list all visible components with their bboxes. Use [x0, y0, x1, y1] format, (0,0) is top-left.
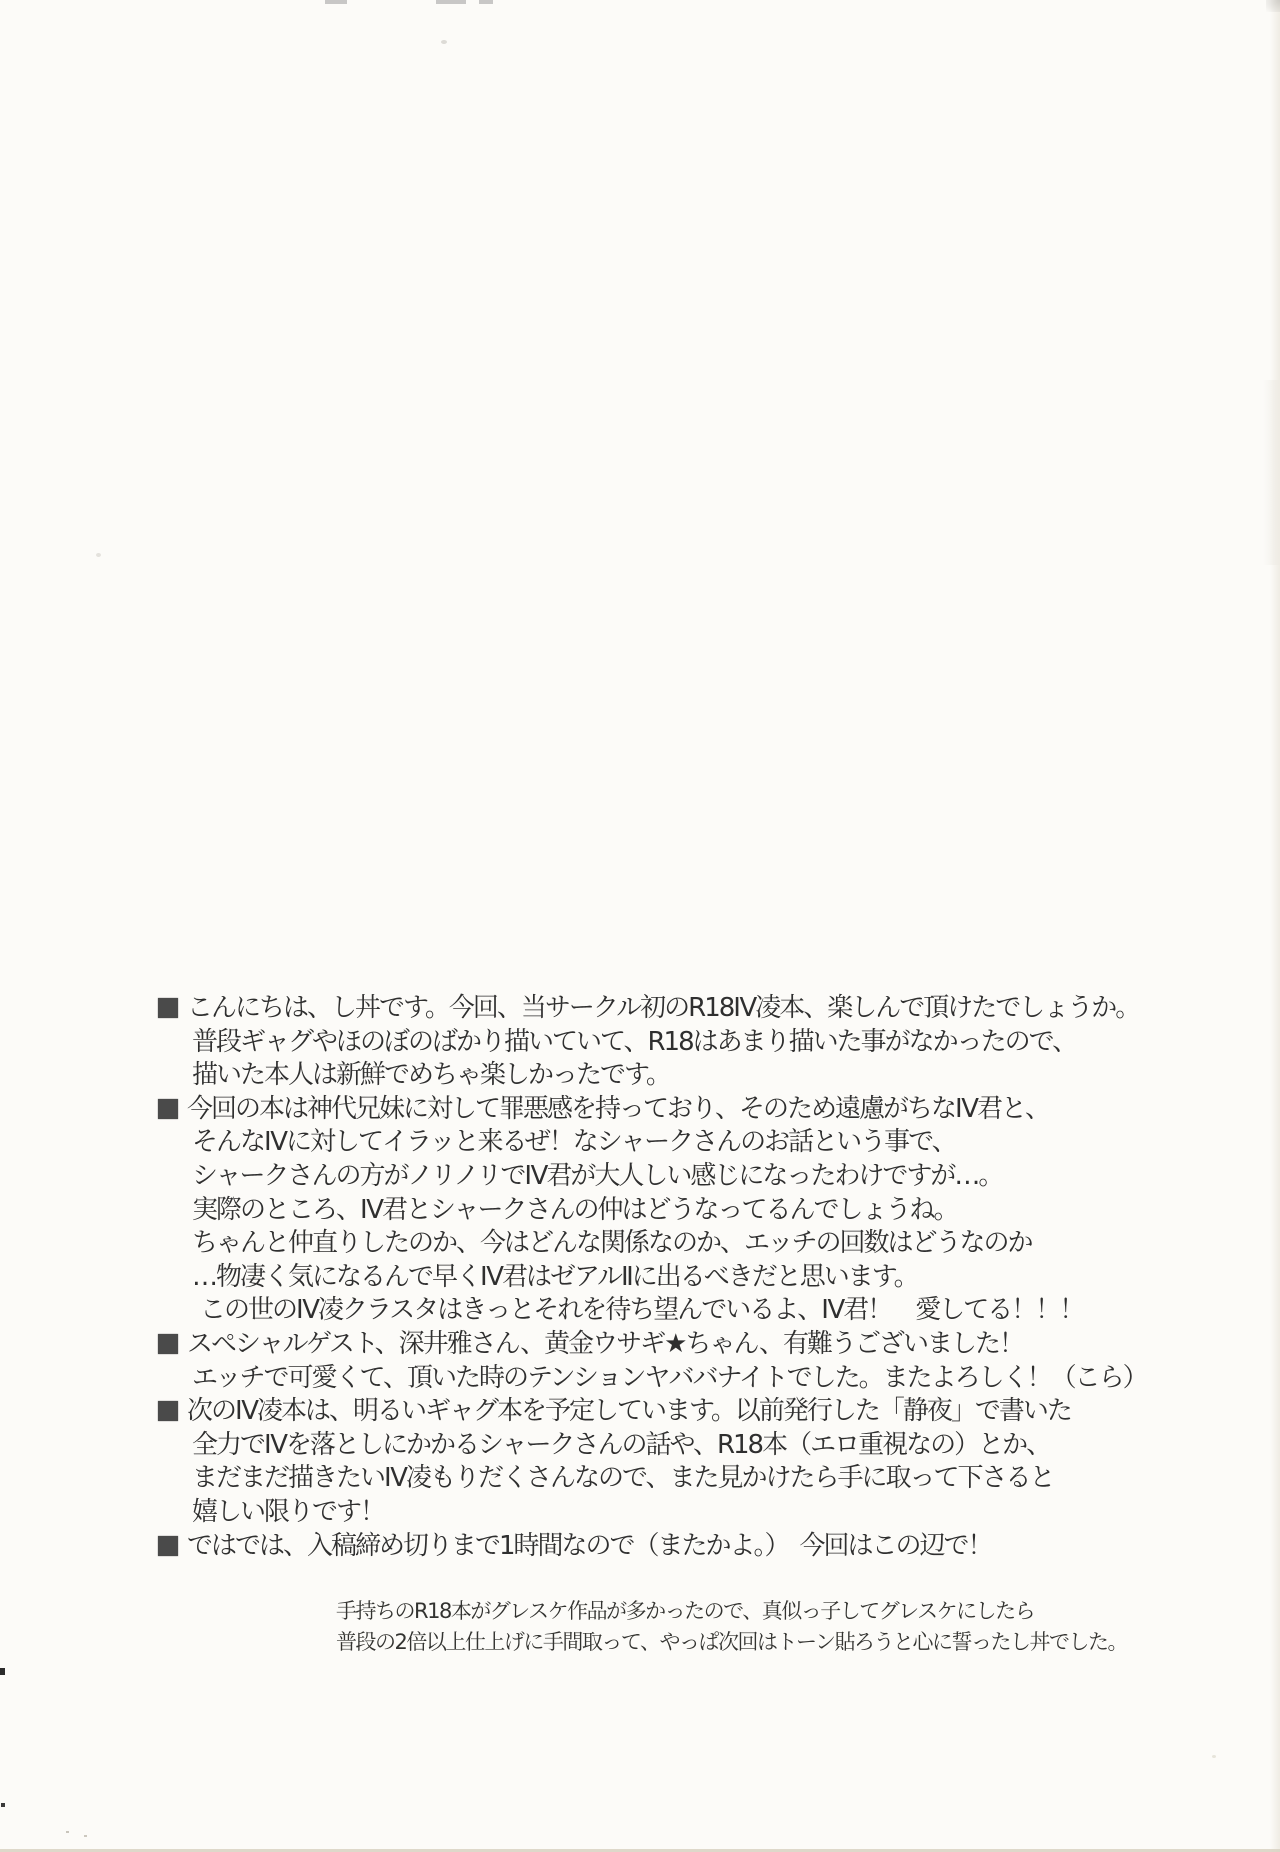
- afterword-line-text: 実際のところ、Ⅳ君とシャークさんの仲はどうなってるんでしょうね。: [192, 1195, 957, 1225]
- afterword-line-text: スペシャルゲスト、深井雅さん、黄金ウサギ★ちゃん、有難うございました！: [187, 1329, 1023, 1359]
- afterword-line-text: こんにちは、し丼です。今回、当サークル初のR18Ⅳ凌本、楽しんで頂けたでしょうか…: [187, 993, 1139, 1023]
- scan-speck: [1, 1803, 5, 1807]
- afterword-line: こんにちは、し丼です。今回、当サークル初のR18Ⅳ凌本、楽しんで頂けたでしょうか…: [158, 992, 1188, 1026]
- afterword-line: エッチで可愛くて、頂いた時のテンションヤババナイトでした。またよろしく！（こら）: [158, 1362, 1188, 1396]
- afterword-line-text: ではでは、入稿締め切りまで1時間なので（またかよ。） 今回はこの辺で！: [187, 1531, 992, 1561]
- footnote-line: 手持ちのR18本がグレスケ作品が多かったので、真似っ子してグレスケにしたら: [336, 1596, 1196, 1627]
- afterword-line: 全力でⅣを落としにかかるシャークさんの話や、R18本（エロ重視なの）とか、: [158, 1429, 1188, 1463]
- scan-edge-shading-right: [1270, 0, 1280, 1852]
- afterword-line: 嬉しい限りです！: [158, 1496, 1188, 1530]
- afterword-line: ちゃんと仲直りしたのか、今はどんな関係なのか、エッチの回数はどうなのか: [158, 1227, 1188, 1261]
- scan-corner-smudge: [1266, 0, 1280, 12]
- bullet-square-icon: [158, 1099, 178, 1119]
- afterword-line: スペシャルゲスト、深井雅さん、黄金ウサギ★ちゃん、有難うございました！: [158, 1328, 1188, 1362]
- afterword-line-text: エッチで可愛くて、頂いた時のテンションヤババナイトでした。またよろしく！（こら）: [192, 1363, 1147, 1393]
- scan-dust: [66, 1831, 69, 1833]
- scan-top-fragment: [325, 0, 347, 4]
- footnote-block: 手持ちのR18本がグレスケ作品が多かったので、真似っ子してグレスケにしたら 普段…: [336, 1596, 1196, 1657]
- footnote-line: 普段の2倍以上仕上げに手間取って、やっぱ次回はトーン貼ろうと心に誓ったし丼でした…: [336, 1627, 1196, 1658]
- bullet-square-icon: [158, 1401, 178, 1421]
- afterword-line: 次のⅣ凌本は、明るいギャグ本を予定しています。以前発行した「静夜」で書いた: [158, 1395, 1188, 1429]
- afterword-line: 普段ギャグやほのぼのばかり描いていて、R18はあまり描いた事がなかったので、: [158, 1026, 1188, 1060]
- afterword-line: 実際のところ、Ⅳ君とシャークさんの仲はどうなってるんでしょうね。: [158, 1194, 1188, 1228]
- scanned-page: こんにちは、し丼です。今回、当サークル初のR18Ⅳ凌本、楽しんで頂けたでしょうか…: [0, 0, 1280, 1852]
- scan-dot: [441, 40, 447, 44]
- afterword-line: 描いた本人は新鮮でめちゃ楽しかったです。: [158, 1059, 1188, 1093]
- scan-speck: [0, 1668, 5, 1675]
- scan-top-fragment: [479, 0, 493, 4]
- afterword-line-text: ちゃんと仲直りしたのか、今はどんな関係なのか、エッチの回数はどうなのか: [192, 1228, 1031, 1258]
- afterword-line-text: 描いた本人は新鮮でめちゃ楽しかったです。: [192, 1060, 670, 1090]
- scan-dot: [96, 553, 101, 557]
- scan-dust: [1212, 1755, 1216, 1758]
- afterword-line: この世のⅣ凌クラスタはきっとそれを待ち望んでいるよ、Ⅳ君！ 愛してる！！！: [158, 1294, 1188, 1328]
- afterword-line: …物凄く気になるんで早くⅣ君はゼアルⅡに出るべきだと思います。: [158, 1261, 1188, 1295]
- afterword-line-text: 全力でⅣを落としにかかるシャークさんの話や、R18本（エロ重視なの）とか、: [192, 1430, 1050, 1460]
- scan-top-fragment: [436, 0, 466, 4]
- afterword-line-text: 普段ギャグやほのぼのばかり描いていて、R18はあまり描いた事がなかったので、: [192, 1027, 1076, 1057]
- afterword-line-text: 嬉しい限りです！: [192, 1497, 384, 1527]
- afterword-line: ではでは、入稿締め切りまで1時間なので（またかよ。） 今回はこの辺で！: [158, 1530, 1188, 1564]
- afterword-line: まだまだ描きたいⅣ凌もりだくさんなので、また見かけたら手に取って下さると: [158, 1462, 1188, 1496]
- afterword-line: 今回の本は神代兄妹に対して罪悪感を持っており、そのため遠慮がちなⅣ君と、: [158, 1093, 1188, 1127]
- afterword-line-text: 次のⅣ凌本は、明るいギャグ本を予定しています。以前発行した「静夜」で書いた: [187, 1396, 1071, 1426]
- afterword-line-text: まだまだ描きたいⅣ凌もりだくさんなので、また見かけたら手に取って下さると: [192, 1463, 1053, 1493]
- bullet-square-icon: [158, 998, 178, 1018]
- afterword-line-text: この世のⅣ凌クラスタはきっとそれを待ち望んでいるよ、Ⅳ君！ 愛してる！！！: [200, 1295, 1083, 1325]
- bullet-square-icon: [158, 1334, 178, 1354]
- afterword-line-text: そんなⅣに対してイラッと来るぜ！なシャークさんのお話という事で、: [192, 1127, 956, 1157]
- afterword-line-text: 今回の本は神代兄妹に対して罪悪感を持っており、そのため遠慮がちなⅣ君と、: [187, 1094, 1049, 1124]
- afterword-line-text: シャークさんの方がノリノリでⅣ君が大人しい感じになったわけですが…。: [192, 1161, 1002, 1191]
- afterword-line: シャークさんの方がノリノリでⅣ君が大人しい感じになったわけですが…。: [158, 1160, 1188, 1194]
- scan-dust: [84, 1835, 87, 1837]
- afterword-text-block: こんにちは、し丼です。今回、当サークル初のR18Ⅳ凌本、楽しんで頂けたでしょうか…: [158, 992, 1188, 1563]
- bullet-square-icon: [158, 1536, 178, 1556]
- afterword-line: そんなⅣに対してイラッと来るぜ！なシャークさんのお話という事で、: [158, 1126, 1188, 1160]
- afterword-line-text: …物凄く気になるんで早くⅣ君はゼアルⅡに出るべきだと思います。: [192, 1262, 918, 1292]
